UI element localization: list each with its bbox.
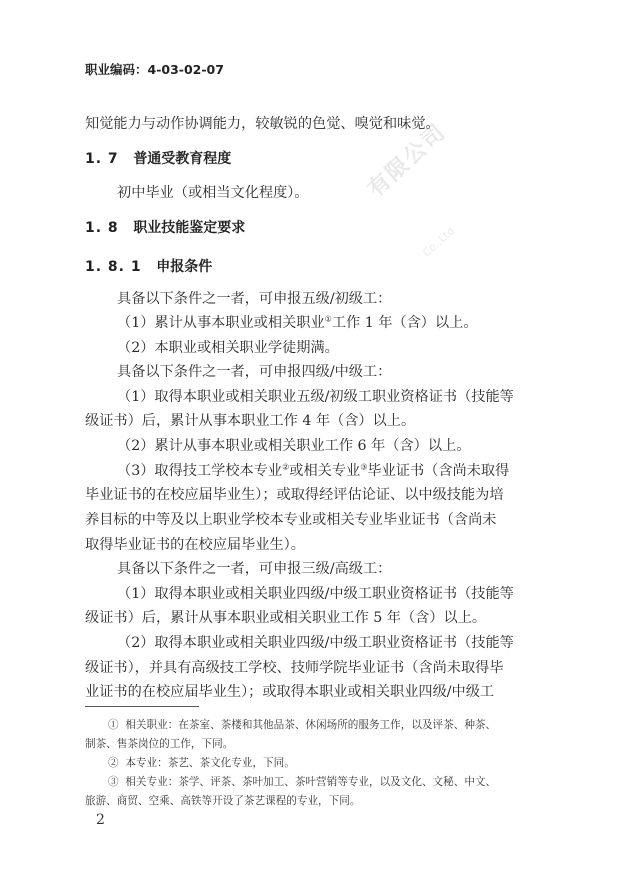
paragraph-line: 知觉能力与动作协调能力，较敏锐的色觉、嗅觉和味觉。 — [85, 115, 440, 133]
paragraph-line: （3）取得技工学校本专业②或相关专业③毕业证书（含尚未取得 — [117, 462, 509, 480]
text-span: 毕业证书（含尚未取得 — [367, 463, 509, 479]
section-title: 职业技能鉴定要求 — [133, 220, 245, 236]
paragraph-line: 具备以下条件之一者，可申报五级/初级工： — [117, 290, 391, 308]
paragraph-line: 具备以下条件之一者，可申报四级/中级工： — [117, 363, 391, 381]
paragraph-line: （1）取得本职业或相关职业四级/中级工职业资格证书（技能等 — [117, 585, 514, 603]
paragraph-line: 毕业证书的在校应届毕业生）；或取得经评估论证、以中级技能为培 — [85, 486, 504, 504]
section-number: 1. 7 — [85, 150, 119, 168]
footnote-3: ③ 相关专业：茶学、评茶、茶叶加工、茶叶营销等专业，以及文化、文秘、中文、 — [108, 775, 496, 789]
paragraph-line: 初中毕业（或相当文化程度）。 — [117, 184, 309, 202]
footnote-ref-1[interactable]: ① — [325, 314, 332, 323]
occupation-code-header: 职业编码：4-03-02-07 — [85, 61, 224, 79]
footnote-text: 相关职业：在茶室、茶楼和其他品茶、休闲场所的服务工作，以及评茶、种茶、 — [125, 719, 496, 731]
paragraph-line: （1）累计从事本职业或相关职业①工作 1 年（含）以上。 — [117, 314, 478, 332]
document-page: 有限公司 Co.,Ltd 职业编码：4-03-02-07 知觉能力与动作协调能力… — [0, 0, 630, 883]
footnote-1: ① 相关职业：在茶室、茶楼和其他品茶、休闲场所的服务工作，以及评茶、种茶、 — [108, 718, 496, 732]
section-number: 1. 8 — [85, 219, 119, 237]
footnote-marker: ① — [108, 719, 119, 731]
text-span: （1）累计从事本职业或相关职业 — [117, 315, 325, 331]
text-span: 或相关专业 — [289, 463, 360, 479]
paragraph-line: （2）累计从事本职业或相关职业工作 6 年（含）以上。 — [117, 437, 470, 455]
section-heading-1-8-1: 1. 8. 1 申报条件 — [85, 258, 212, 276]
section-number: 1. 8. 1 — [85, 258, 142, 276]
page-number: 2 — [96, 812, 105, 828]
footnote-3-cont: 旅游、商贸、空乘、高铁等开设了茶艺课程的专业，下同。 — [85, 794, 360, 808]
section-title: 普通受教育程度 — [133, 151, 231, 167]
paragraph-line: 具备以下条件之一者，可申报三级/高级工： — [117, 560, 391, 578]
section-title: 申报条件 — [156, 259, 212, 275]
text-span: 工作 1 年（含）以上。 — [332, 315, 478, 331]
paragraph-line: （2）取得本职业或相关职业四级/中级工职业资格证书（技能等 — [117, 634, 514, 652]
footnote-marker: ② — [108, 757, 119, 769]
watermark: 有限公司 — [360, 0, 625, 210]
paragraph-line: 级证书），并具有高级技工学校、技师学院毕业证书（含尚未取得毕 — [85, 659, 504, 677]
paragraph-line: （1）取得本职业或相关职业五级/初级工职业资格证书（技能等 — [117, 388, 514, 406]
section-heading-1-7: 1. 7 普通受教育程度 — [85, 150, 231, 168]
footnote-2: ② 本专业：茶艺、茶文化专业，下同。 — [108, 756, 295, 770]
footnote-1-cont: 制茶、售茶岗位的工作，下同。 — [85, 737, 233, 751]
paragraph-line: 级证书）后，累计从事本职业工作 4 年（含）以上。 — [85, 412, 415, 430]
paragraph-line: （2）本职业或相关职业学徒期满。 — [117, 339, 339, 357]
footnote-marker: ③ — [108, 776, 119, 788]
footnote-divider — [85, 706, 199, 707]
section-heading-1-8: 1. 8 职业技能鉴定要求 — [85, 219, 245, 237]
paragraph-line: 养目标的中等及以上职业学校本专业或相关专业毕业证书（含尚未 — [85, 511, 496, 529]
footnote-text: 相关专业：茶学、评茶、茶叶加工、茶叶营销等专业，以及文化、文秘、中文、 — [125, 776, 496, 788]
paragraph-line: 业证书的在校应届毕业生）；或取得本职业或相关职业四级/中级工 — [85, 683, 494, 701]
paragraph-line: 取得毕业证书的在校应届毕业生）。 — [85, 536, 305, 554]
text-span: （3）取得技工学校本专业 — [117, 463, 282, 479]
paragraph-line: 级证书）后，累计从事本职业或相关职业工作 5 年（含）以上。 — [85, 609, 486, 627]
watermark-secondary: Co.,Ltd — [420, 49, 630, 259]
footnote-text: 本专业：茶艺、茶文化专业，下同。 — [125, 757, 295, 769]
